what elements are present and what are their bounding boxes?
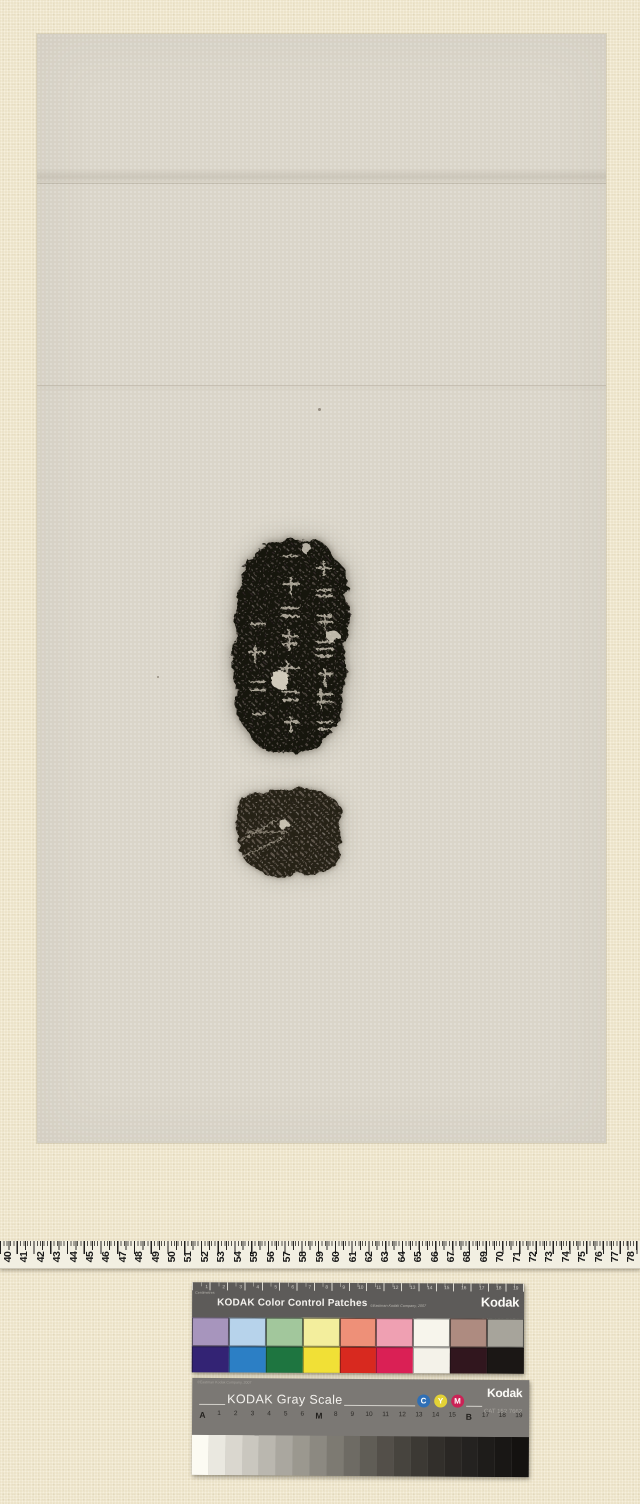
- scale-number: 18: [492, 1286, 506, 1291]
- scan-mount-background: 4041424344454647484950515253545556575859…: [0, 0, 640, 1504]
- gray-step-label: 10: [361, 1411, 378, 1421]
- kodak-color-control-patches-target: 12345678910111213141516171819 Centimetre…: [192, 1282, 524, 1373]
- gray-step-label: 15: [444, 1412, 461, 1422]
- rule-line: [466, 1406, 482, 1407]
- gray-scale-copyright: ©Eastman Kodak Company, 2007: [197, 1381, 251, 1385]
- gray-step-patch: [377, 1436, 394, 1476]
- gray-step-label: 8: [327, 1411, 344, 1421]
- scale-number: 16: [457, 1286, 471, 1291]
- gray-step-strip: [192, 1435, 529, 1477]
- scale-number: 17: [474, 1286, 488, 1291]
- ink-rubbing-main-fragment: [213, 532, 365, 770]
- gray-step-label: B: [461, 1412, 478, 1422]
- color-swatch-solid: [302, 1347, 339, 1373]
- gray-step-patch: [495, 1437, 512, 1477]
- scale-number: 9: [337, 1286, 351, 1291]
- scale-number: 10: [354, 1286, 368, 1291]
- scale-number: 2: [217, 1285, 231, 1290]
- gray-step-label: 13: [411, 1411, 428, 1421]
- kodak-logo: Kodak: [487, 1386, 522, 1400]
- paper-fold-crease: [37, 168, 606, 184]
- color-swatch-tint: [266, 1318, 303, 1347]
- color-swatch-solid: [229, 1346, 266, 1372]
- rule-line: [199, 1404, 225, 1405]
- color-swatch-solid: [413, 1347, 450, 1373]
- gray-step-patch: [259, 1435, 276, 1475]
- cym-dot-y: Y: [434, 1394, 447, 1407]
- color-patches-copyright: ©Eastman Kodak Company, 2007: [371, 1304, 427, 1308]
- scale-number: 13: [406, 1286, 420, 1291]
- gray-step-patch: [478, 1437, 495, 1477]
- cym-dot-c: C: [417, 1394, 430, 1407]
- paper-speck: [318, 408, 321, 411]
- kodak-gray-scale-target: ©Eastman Kodak Company, 2007 KODAK Gray …: [192, 1378, 530, 1477]
- color-swatch-solid: [450, 1347, 487, 1373]
- scale-number: 1: [200, 1285, 214, 1290]
- gray-step-patch: [444, 1437, 461, 1477]
- gray-step-patch: [512, 1437, 529, 1477]
- gray-step-label: M: [311, 1411, 328, 1421]
- gray-step-patch: [326, 1436, 343, 1476]
- gray-step-label: 1: [211, 1410, 228, 1420]
- gray-step-patch: [225, 1435, 242, 1475]
- ink-rubbing-lower-fragment: [222, 780, 357, 885]
- scale-number: 12: [389, 1286, 403, 1291]
- gray-step-labels-row: A123456M89101112131415B171819: [192, 1410, 529, 1422]
- color-swatch-solid: [192, 1346, 229, 1372]
- color-bar-cm-scale: 12345678910111213141516171819: [192, 1282, 524, 1292]
- color-swatch-tint: [229, 1317, 266, 1346]
- cym-dots: CYM: [415, 1394, 466, 1407]
- color-bar-scale-numbers: 12345678910111213141516171819: [198, 1284, 524, 1291]
- gray-step-patch: [209, 1435, 226, 1475]
- color-patch-swatch-grid: [192, 1317, 524, 1373]
- scale-number: 14: [423, 1286, 437, 1291]
- scale-number: 7: [303, 1285, 317, 1290]
- scale-number: 11: [371, 1286, 385, 1291]
- color-swatch-tint: [487, 1319, 524, 1348]
- color-swatch-solid: [339, 1347, 376, 1373]
- scale-number: 15: [440, 1286, 454, 1291]
- color-patches-title: KODAK Color Control Patches: [217, 1297, 367, 1309]
- ruler-number-row: 4041424344454647484950515253545556575859…: [0, 1246, 640, 1268]
- color-swatch-solid: [376, 1347, 413, 1373]
- gray-step-patch: [394, 1436, 411, 1476]
- color-swatch-tint: [303, 1318, 340, 1347]
- color-swatch-tint: [450, 1318, 487, 1347]
- gray-step-patch: [242, 1435, 259, 1475]
- centimetres-label: Centimetres: [195, 1291, 214, 1295]
- gray-step-label: 6: [294, 1411, 311, 1421]
- backing-paper-sheet: [37, 34, 606, 1143]
- color-swatch-tint: [339, 1318, 376, 1347]
- color-swatch-solid: [266, 1347, 303, 1373]
- gray-step-patch: [192, 1435, 209, 1475]
- gray-step-label: 9: [344, 1411, 361, 1421]
- centimeter-ruler: 4041424344454647484950515253545556575859…: [0, 1241, 640, 1269]
- paper-fold-line: [37, 385, 606, 386]
- scale-number: 4: [251, 1285, 265, 1290]
- gray-step-label: 11: [377, 1411, 394, 1421]
- gray-step-patch: [360, 1436, 377, 1476]
- color-swatch-solid: [487, 1348, 524, 1374]
- color-swatch-tint: [413, 1318, 450, 1347]
- paper-speck: [157, 676, 159, 678]
- gray-step-patch: [427, 1436, 444, 1476]
- gray-scale-title: KODAK Gray Scale: [225, 1392, 345, 1407]
- scale-number: 6: [286, 1285, 300, 1290]
- gray-step-patch: [461, 1437, 478, 1477]
- color-swatch-tint: [376, 1318, 413, 1347]
- cym-dot-m: M: [451, 1394, 464, 1407]
- gray-step-patch: [343, 1436, 360, 1476]
- gray-step-label: 17: [477, 1412, 494, 1422]
- gray-step-patch: [293, 1436, 310, 1476]
- color-swatch-tint: [192, 1317, 229, 1346]
- paper-fold-line: [37, 183, 606, 184]
- gray-step-patch: [310, 1436, 327, 1476]
- gray-step-label: 4: [261, 1410, 278, 1420]
- gray-step-label: 3: [244, 1410, 261, 1420]
- gray-step-label: 12: [394, 1411, 411, 1421]
- scale-number: 19: [509, 1286, 523, 1291]
- gray-step-label: 14: [427, 1411, 444, 1421]
- gray-step-label: 5: [277, 1410, 294, 1420]
- ruler-number: 78: [621, 1249, 640, 1265]
- kodak-logo: Kodak: [481, 1295, 519, 1310]
- gray-step-patch: [276, 1435, 293, 1475]
- gray-step-patch: [411, 1436, 428, 1476]
- rule-line: [345, 1405, 415, 1406]
- scale-number: 5: [269, 1285, 283, 1290]
- gray-step-label: 18: [494, 1412, 511, 1422]
- gray-step-label: 2: [227, 1410, 244, 1420]
- scale-number: 3: [234, 1285, 248, 1290]
- gray-step-label: 19: [511, 1412, 528, 1422]
- scale-number: 8: [320, 1285, 334, 1290]
- gray-step-label: A: [194, 1410, 211, 1420]
